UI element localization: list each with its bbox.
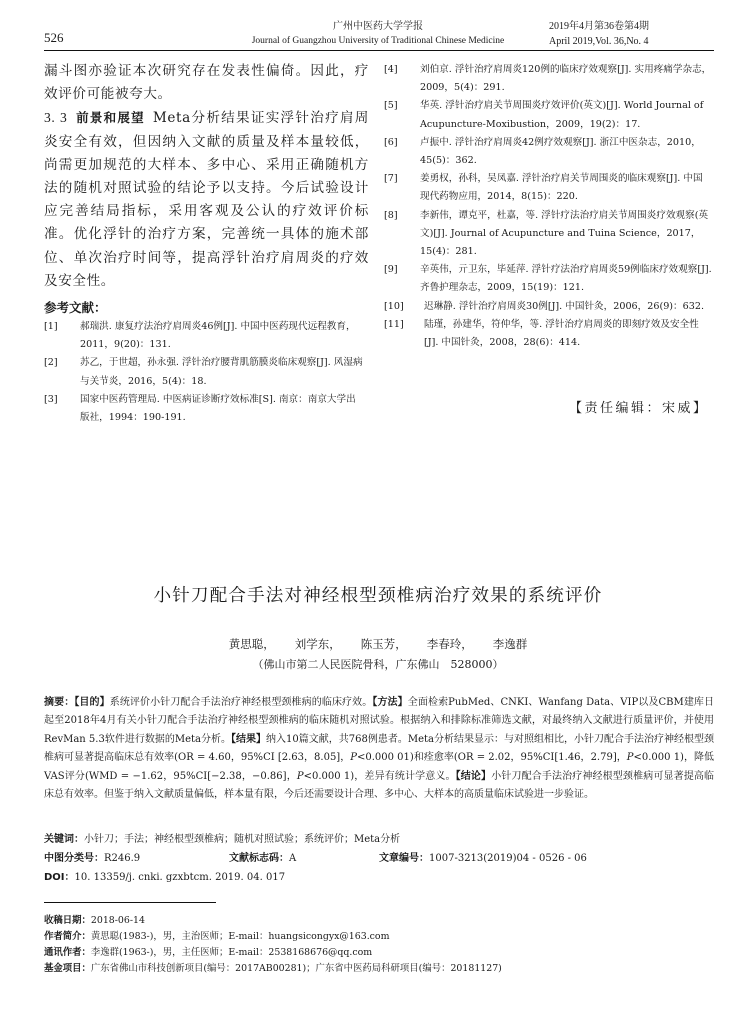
article-no-label: 文章编号： [379, 853, 429, 864]
funding: 基金项目：广东省佛山市科技创新项目(编号：2017AB00281)；广东省中医药… [44, 961, 714, 977]
section-3-3: 3. 3前景和展望Meta分析结果证实浮针治疗肩周炎安全有效，但因纳入文献的质量… [44, 106, 369, 293]
reference-number: [10] [384, 298, 404, 316]
results-text: <0.000 01)和痊愈率(OR = 2.02，95%CI[1.46，2.79… [357, 752, 627, 763]
conclusion-label: 【结论】 [456, 771, 492, 782]
reference-item: [1]郝瑞洪. 康复疗法治疗肩周炎46例[J]. 中国中医药现代远程教育，201… [44, 318, 364, 354]
doi-value: 10. 13359/j. cnki. gzxbtcm. 2019. 04. 01… [75, 872, 286, 883]
article-no-value: 1007-3213(2019)04 - 0526 - 06 [429, 853, 587, 864]
references-list-left: [1]郝瑞洪. 康复疗法治疗肩周炎46例[J]. 中国中医药现代远程教育，201… [44, 318, 364, 427]
reference-number: [2] [44, 354, 58, 372]
author: 黄思聪， [229, 637, 275, 651]
reference-text: 辛英伟，亓卫东，毕延萍. 浮针疗法治疗肩周炎59例临床疗效观察[J]. 齐鲁护理… [420, 264, 712, 293]
keywords-text: 小针刀；手法；神经根型颈椎病；随机对照试验；系统评价；Meta分析 [84, 834, 400, 845]
classification-line: 中图分类号：R246.9 文献标志码：A 文章编号：1007-3213(2019… [44, 850, 714, 868]
doc-code-label: 文献标志码： [229, 853, 289, 864]
p-value-symbol: P [350, 752, 357, 763]
header-rule [44, 50, 714, 51]
reference-item: [10]迟琳静. 浮针治疗肩周炎30例[J]. 中国针灸，2006，26(9)：… [384, 298, 712, 316]
author: 陈玉芳， [361, 637, 407, 651]
reference-number: [5] [384, 97, 398, 115]
author-bio: 作者简介：黄思聪(1983-)，男，主治医师；E-mail：huangsicon… [44, 929, 714, 945]
reference-item: [11]陆瑾，孙建华，符仲华，等. 浮针治疗肩周炎的即刻疗效及安全性[J]. 中… [384, 316, 712, 352]
doc-code-value: A [289, 853, 296, 864]
reference-text: 刘伯京. 浮针治疗肩周炎120例的临床疗效观察[J]. 实用疼痛学杂志，2009… [420, 64, 711, 93]
reference-number: [11] [384, 316, 404, 334]
author-list: 黄思聪，刘学东，陈玉芳，李春玲，李逸群 [0, 636, 756, 652]
reference-number: [4] [384, 61, 398, 79]
reference-item: [4]刘伯京. 浮针治疗肩周炎120例的临床疗效观察[J]. 实用疼痛学杂志，2… [384, 61, 712, 97]
p-value-symbol: P [627, 752, 634, 763]
issue-en: April 2019,Vol. 36,No. 4 [549, 34, 649, 49]
reference-text: 卢振中. 浮针治疗肩周炎42例疗效观察[J]. 浙江中医杂志，2010，45(5… [420, 137, 701, 166]
reference-number: [9] [384, 261, 398, 279]
clc-label: 中图分类号： [44, 853, 104, 864]
issue-info: 2019年4月第36卷第4期 April 2019,Vol. 36,No. 4 [549, 19, 649, 49]
section-title: 前景和展望 [75, 110, 144, 125]
clc-value: R246.9 [104, 853, 140, 864]
reference-item: [6]卢振中. 浮针治疗肩周炎42例疗效观察[J]. 浙江中医杂志，2010，4… [384, 134, 712, 170]
reference-text: 华英. 浮针治疗肩关节周围炎疗效评价(英文)[J]. World Journal… [420, 100, 703, 129]
reference-item: [5]华英. 浮针治疗肩关节周围炎疗效评价(英文)[J]. World Jour… [384, 97, 712, 133]
article-title: 小针刀配合手法对神经根型颈椎病治疗效果的系统评价 [0, 582, 756, 607]
reference-item: [8]李新伟，谭克平，杜嘉，等. 浮针疗法治疗肩关节周围炎疗效观察(英文)[J]… [384, 207, 712, 262]
reference-item: [3]国家中医药管理局. 中医病证诊断疗效标准[S]. 南京：南京大学出版社，1… [44, 391, 364, 427]
reference-item: [9]辛英伟，亓卫东，毕延萍. 浮针疗法治疗肩周炎59例临床疗效观察[J]. 齐… [384, 261, 712, 297]
objective-text: 系统评价小针刀配合手法治疗神经根型颈椎病的临床疗效。 [110, 697, 373, 708]
reference-number: [1] [44, 318, 58, 336]
reference-item: [7]姜勇权，孙科，吴凤嘉. 浮针治疗肩关节周围炎的临床观察[J]. 中国现代药… [384, 170, 712, 206]
prev-article-body: 漏斗图亦验证本次研究存在发表性偏倚。因此，疗效评价可能被夸大。 3. 3前景和展… [44, 60, 369, 293]
affiliation: （佛山市第二人民医院骨科，广东佛山 528000） [0, 656, 756, 672]
footnote-rule [44, 902, 216, 903]
corresponding-label: 通讯作者： [44, 947, 91, 958]
footnotes: 收稿日期：2018-06-14 作者简介：黄思聪(1983-)，男，主治医师；E… [44, 913, 714, 977]
doi-line: DOI：10. 13359/j. cnki. gzxbtcm. 2019. 04… [44, 869, 285, 887]
methods-label: 【方法】 [372, 697, 407, 708]
author: 李春玲， [427, 637, 473, 651]
author-bio-label: 作者简介： [44, 931, 91, 942]
reference-text: 迟琳静. 浮针治疗肩周炎30例[J]. 中国针灸，2006，26(9)：632. [424, 301, 704, 312]
reference-item: [2]苏乙，于世超，孙永强. 浮针治疗腰背肌筋膜炎临床观察[J]. 风湿病与关节… [44, 354, 364, 390]
references-heading: 参考文献： [44, 298, 107, 316]
reference-text: 陆瑾，孙建华，符仲华，等. 浮针治疗肩周炎的即刻疗效及安全性[J]. 中国针灸，… [424, 319, 699, 348]
funding-label: 基金项目： [44, 963, 91, 974]
issue-cn: 2019年4月第36卷第4期 [549, 19, 649, 34]
author: 李逸群 [493, 637, 528, 651]
responsible-editor: 【责任编辑：宋威】 [569, 397, 709, 416]
reference-number: [7] [384, 170, 398, 188]
results-text: <0.000 1)，差异有统计学意义。 [304, 771, 456, 782]
reference-text: 苏乙，于世超，孙永强. 浮针治疗腰背肌筋膜炎临床观察[J]. 风湿病与关节炎，2… [80, 357, 363, 386]
abstract-label: 摘要： [44, 697, 74, 708]
keywords-label: 关键词： [44, 834, 84, 845]
section-number: 3. 3 [44, 110, 67, 125]
reference-number: [3] [44, 391, 58, 409]
keywords: 关键词：小针刀；手法；神经根型颈椎病；随机对照试验；系统评价；Meta分析 [44, 831, 714, 849]
results-label: 【结果】 [231, 734, 266, 745]
received-label: 收稿日期： [44, 915, 91, 926]
reference-number: [8] [384, 207, 398, 225]
p-value-symbol: P [297, 771, 304, 782]
objective-label: 【目的】 [74, 697, 109, 708]
abstract: 摘要：【目的】系统评价小针刀配合手法治疗神经根型颈椎病的临床疗效。【方法】全面检… [44, 694, 714, 804]
section-text: Meta分析结果证实浮针治疗肩周炎安全有效，但因纳入文献的质量及样本量较低，尚需… [44, 110, 369, 288]
author-bio-value: 黄思聪(1983-)，男，主治医师；E-mail：huangsicongyx@1… [91, 931, 390, 942]
reference-number: [6] [384, 134, 398, 152]
reference-text: 姜勇权，孙科，吴凤嘉. 浮针治疗肩关节周围炎的临床观察[J]. 中国现代药物应用… [420, 173, 703, 202]
reference-text: 李新伟，谭克平，杜嘉，等. 浮针疗法治疗肩关节周围炎疗效观察(英文)[J]. J… [420, 210, 708, 257]
reference-text: 国家中医药管理局. 中医病证诊断疗效标准[S]. 南京：南京大学出版社，1994… [80, 394, 356, 423]
reference-text: 郝瑞洪. 康复疗法治疗肩周炎46例[J]. 中国中医药现代远程教育，2011，9… [80, 321, 356, 350]
references-list-right: [4]刘伯京. 浮针治疗肩周炎120例的临床疗效观察[J]. 实用疼痛学杂志，2… [384, 61, 712, 352]
received-date: 收稿日期：2018-06-14 [44, 913, 714, 929]
conclusion-paragraph: 漏斗图亦验证本次研究存在发表性偏倚。因此，疗效评价可能被夸大。 [44, 60, 369, 106]
received-value: 2018-06-14 [91, 915, 145, 926]
author: 刘学东， [295, 637, 341, 651]
doi-label: DOI： [44, 872, 75, 883]
corresponding-value: 李逸群(1963-)，男，主任医师；E-mail：2538168676@qq.c… [91, 947, 372, 958]
funding-value: 广东省佛山市科技创新项目(编号：2017AB00281)；广东省中医药局科研项目… [91, 963, 502, 974]
corresponding-author: 通讯作者：李逸群(1963-)，男，主任医师；E-mail：2538168676… [44, 945, 714, 961]
